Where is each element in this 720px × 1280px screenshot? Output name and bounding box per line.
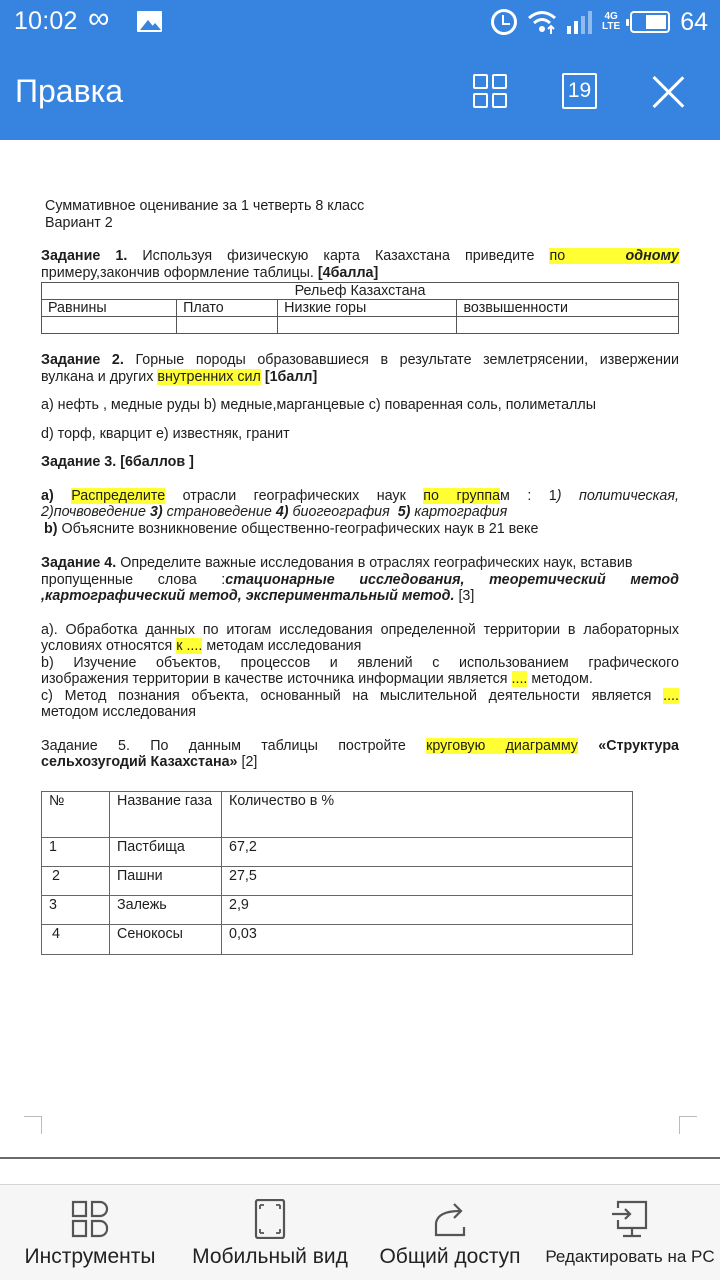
relief-col-header: Равнины: [42, 300, 177, 317]
page-corner-mark: [24, 1116, 42, 1134]
document-variant: Вариант 2: [45, 215, 679, 232]
task-4: Задание 4. Определите важные исследовани…: [41, 555, 679, 721]
edit-on-pc-button[interactable]: Редактировать на PC: [540, 1185, 720, 1280]
document-title: Суммативное оценивание за 1 четверть 8 к…: [45, 198, 679, 215]
task-4-label: Задание 4.: [41, 555, 116, 571]
task-2-label: Задание 2.: [41, 352, 124, 368]
tools-button[interactable]: Инструменты: [10, 1185, 170, 1280]
document-content: Суммативное оценивание за 1 четверть 8 к…: [41, 198, 679, 955]
highlight: по одному: [549, 248, 678, 264]
highlight: ....: [512, 671, 528, 687]
page-count-icon: 19: [562, 73, 597, 109]
tools-icon: [70, 1199, 110, 1239]
table-header: Количество в %: [222, 791, 633, 837]
table-header: №: [42, 791, 110, 837]
task-2: Задание 2. Горные породы образовавшиеся …: [41, 352, 679, 442]
battery-icon: [630, 11, 670, 33]
relief-col-header: возвышенности: [457, 300, 679, 317]
highlight: по группа: [423, 488, 500, 504]
network-indicator: 4GLTE: [602, 12, 620, 32]
table-row: 3 Залежь 2,9: [42, 895, 633, 924]
mobile-view-icon: [250, 1199, 290, 1239]
relief-col-header: Низкие горы: [278, 300, 457, 317]
edit-on-pc-icon: [610, 1199, 650, 1239]
task-3-points: [6баллов ]: [120, 454, 194, 470]
task-4-points: [3]: [458, 588, 474, 604]
highlight: к ....: [176, 638, 202, 654]
table-row: 4 Сенокосы 0,03: [42, 924, 633, 954]
app-title: Правка: [15, 73, 123, 110]
relief-table-caption: Рельеф Казахстана: [42, 283, 679, 300]
relief-table: Рельеф Казахстана Равнины Плато Низкие г…: [41, 282, 679, 334]
signal-icon: [567, 10, 592, 34]
share-icon: [430, 1199, 470, 1239]
grid-view-button[interactable]: [467, 68, 515, 116]
page-corner-mark: [679, 1116, 697, 1134]
alarm-icon: [491, 9, 517, 35]
relief-col-header: Плато: [177, 300, 278, 317]
task-2-points: [1балл]: [265, 369, 317, 385]
relief-cell: [177, 317, 278, 334]
document-header: Суммативное оценивание за 1 четверть 8 к…: [45, 198, 679, 232]
relief-cell: [278, 317, 457, 334]
relief-cell: [42, 317, 177, 334]
bottom-toolbar: Инструменты Мобильный вид Общий доступ Р…: [0, 1184, 720, 1280]
share-button[interactable]: Общий доступ: [370, 1185, 530, 1280]
highlight: круговую диаграмму: [426, 738, 578, 754]
highlight: внутренних сил: [157, 369, 260, 385]
page-count-button[interactable]: 19: [556, 68, 604, 116]
task-5-points: [2]: [241, 754, 257, 770]
highlight: ....: [663, 688, 679, 704]
infinity-icon: ∞: [88, 4, 109, 34]
status-time: 10:02: [14, 7, 78, 36]
task-1: Задание 1. Используя физическую карта Ка…: [41, 248, 679, 334]
task-5-label: Задание 5.: [41, 738, 130, 754]
task-2-options: d) торф, кварцит e) известняк, гранит: [41, 426, 679, 443]
task-3-label: Задание 3.: [41, 454, 116, 470]
land-use-table: № Название газа Количество в % 1 Пастбищ…: [41, 791, 633, 955]
table-row: 2 Пашни 27,5: [42, 866, 633, 895]
document-page[interactable]: Суммативное оценивание за 1 четверть 8 к…: [0, 140, 720, 1157]
highlight: Распределите: [71, 488, 165, 504]
gallery-icon: [137, 11, 162, 32]
task-1-points: [4балла]: [318, 265, 378, 281]
close-button[interactable]: [644, 68, 692, 116]
mobile-view-button[interactable]: Мобильный вид: [180, 1185, 360, 1280]
relief-cell: [457, 317, 679, 334]
table-header: Название газа: [110, 791, 222, 837]
task-5: Задание 5. По данным таблицы постройте к…: [41, 738, 679, 955]
app-bar: Правка 19: [0, 44, 720, 140]
table-row: 1 Пастбища 67,2: [42, 837, 633, 866]
task-3: Задание 3. [6баллов ] a) Распределите от…: [41, 454, 679, 537]
battery-level: 64: [680, 8, 708, 37]
task-1-label: Задание 1.: [41, 248, 127, 264]
next-page-top: [0, 1159, 720, 1184]
status-bar: 10:02 ∞ 4GLTE 64: [0, 0, 720, 44]
task-2-options: a) нефть , медные руды b) медные,марганц…: [41, 397, 679, 414]
wifi-icon: [527, 9, 557, 35]
